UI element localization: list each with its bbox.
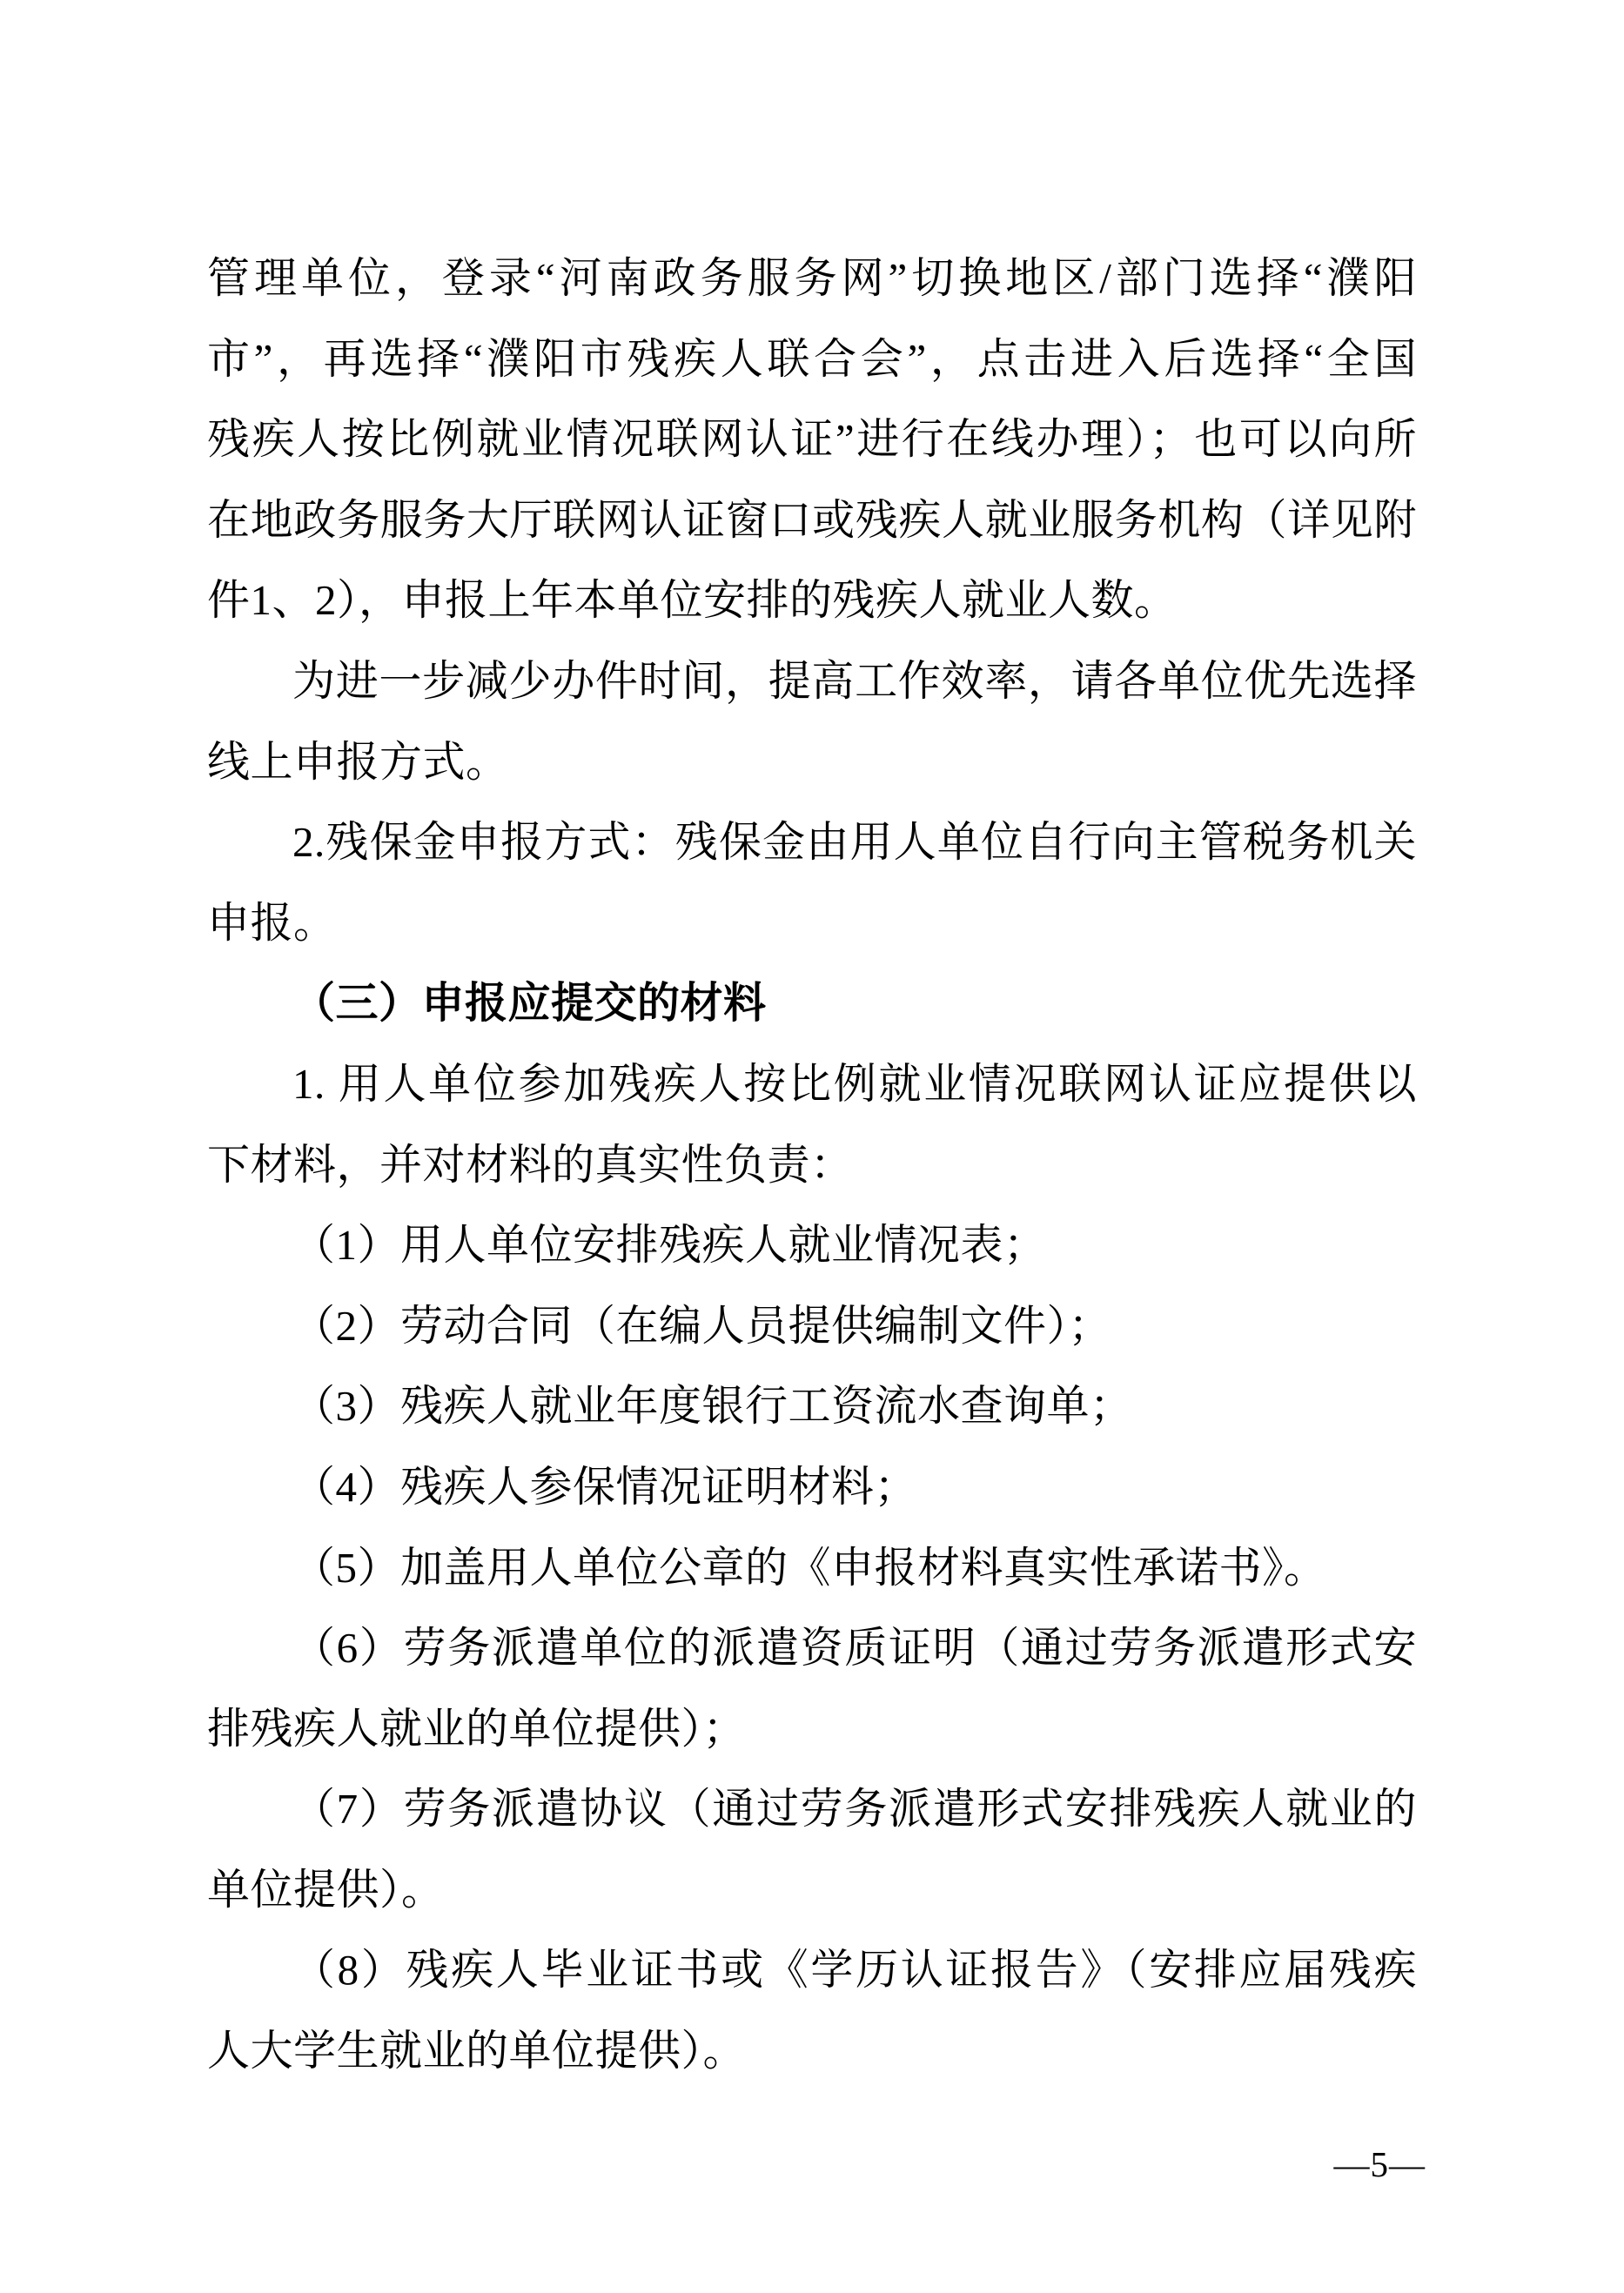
text-block: 管理单位，登录“河南政务服务网”切换地区/部门选择“濮阳市”，再选择“濮阳市残疾… [207,238,1417,2092]
document-line: （2）劳动合同（在编人员提供编制文件）； [207,1286,1417,1367]
document-line: 单位提供）。 [207,1850,1417,1931]
document-line: （3）残疾人就业年度银行工资流水查询单； [207,1366,1417,1447]
document-line: （5）加盖用人单位公章的《申报材料真实性承诺书》。 [207,1528,1417,1609]
document-line: （4）残疾人参保情况证明材料； [207,1447,1417,1528]
document-line: 线上申报方式。 [207,722,1417,803]
document-line: 在地政务服务大厅联网认证窗口或残疾人就业服务机构（详见附 [207,480,1417,561]
document-line: 市”，再选择“濮阳市残疾人联合会”，点击进入后选择“全国 [207,319,1417,400]
document-line: 为进一步减少办件时间，提高工作效率，请各单位优先选择 [207,641,1417,722]
document-line: 申报。 [207,883,1417,964]
document-line: 残疾人按比例就业情况联网认证”进行在线办理）；也可以向所 [207,399,1417,480]
document-line: （1）用人单位安排残疾人就业情况表； [207,1205,1417,1286]
document-line: 1. 用人单位参加残疾人按比例就业情况联网认证应提供以 [207,1044,1417,1125]
document-page: 管理单位，登录“河南政务服务网”切换地区/部门选择“濮阳市”，再选择“濮阳市残疾… [0,0,1624,2293]
document-line: 人大学生就业的单位提供）。 [207,2011,1417,2092]
document-line: （8）残疾人毕业证书或《学历认证报告》（安排应届残疾 [207,1930,1417,2011]
page-number: —5— [1334,2142,1426,2186]
document-line: （6）劳务派遣单位的派遣资质证明（通过劳务派遣形式安 [207,1608,1417,1689]
section-heading: （三）申报应提交的材料 [207,963,1417,1044]
document-line: 件1、2），申报上年本单位安排的残疾人就业人数。 [207,560,1417,641]
document-line: 2.残保金申报方式：残保金由用人单位自行向主管税务机关 [207,802,1417,883]
document-line: 管理单位，登录“河南政务服务网”切换地区/部门选择“濮阳 [207,238,1417,319]
document-line: （7）劳务派遣协议（通过劳务派遣形式安排残疾人就业的 [207,1769,1417,1850]
document-line: 下材料，并对材料的真实性负责： [207,1125,1417,1206]
document-line: 排残疾人就业的单位提供）； [207,1689,1417,1770]
